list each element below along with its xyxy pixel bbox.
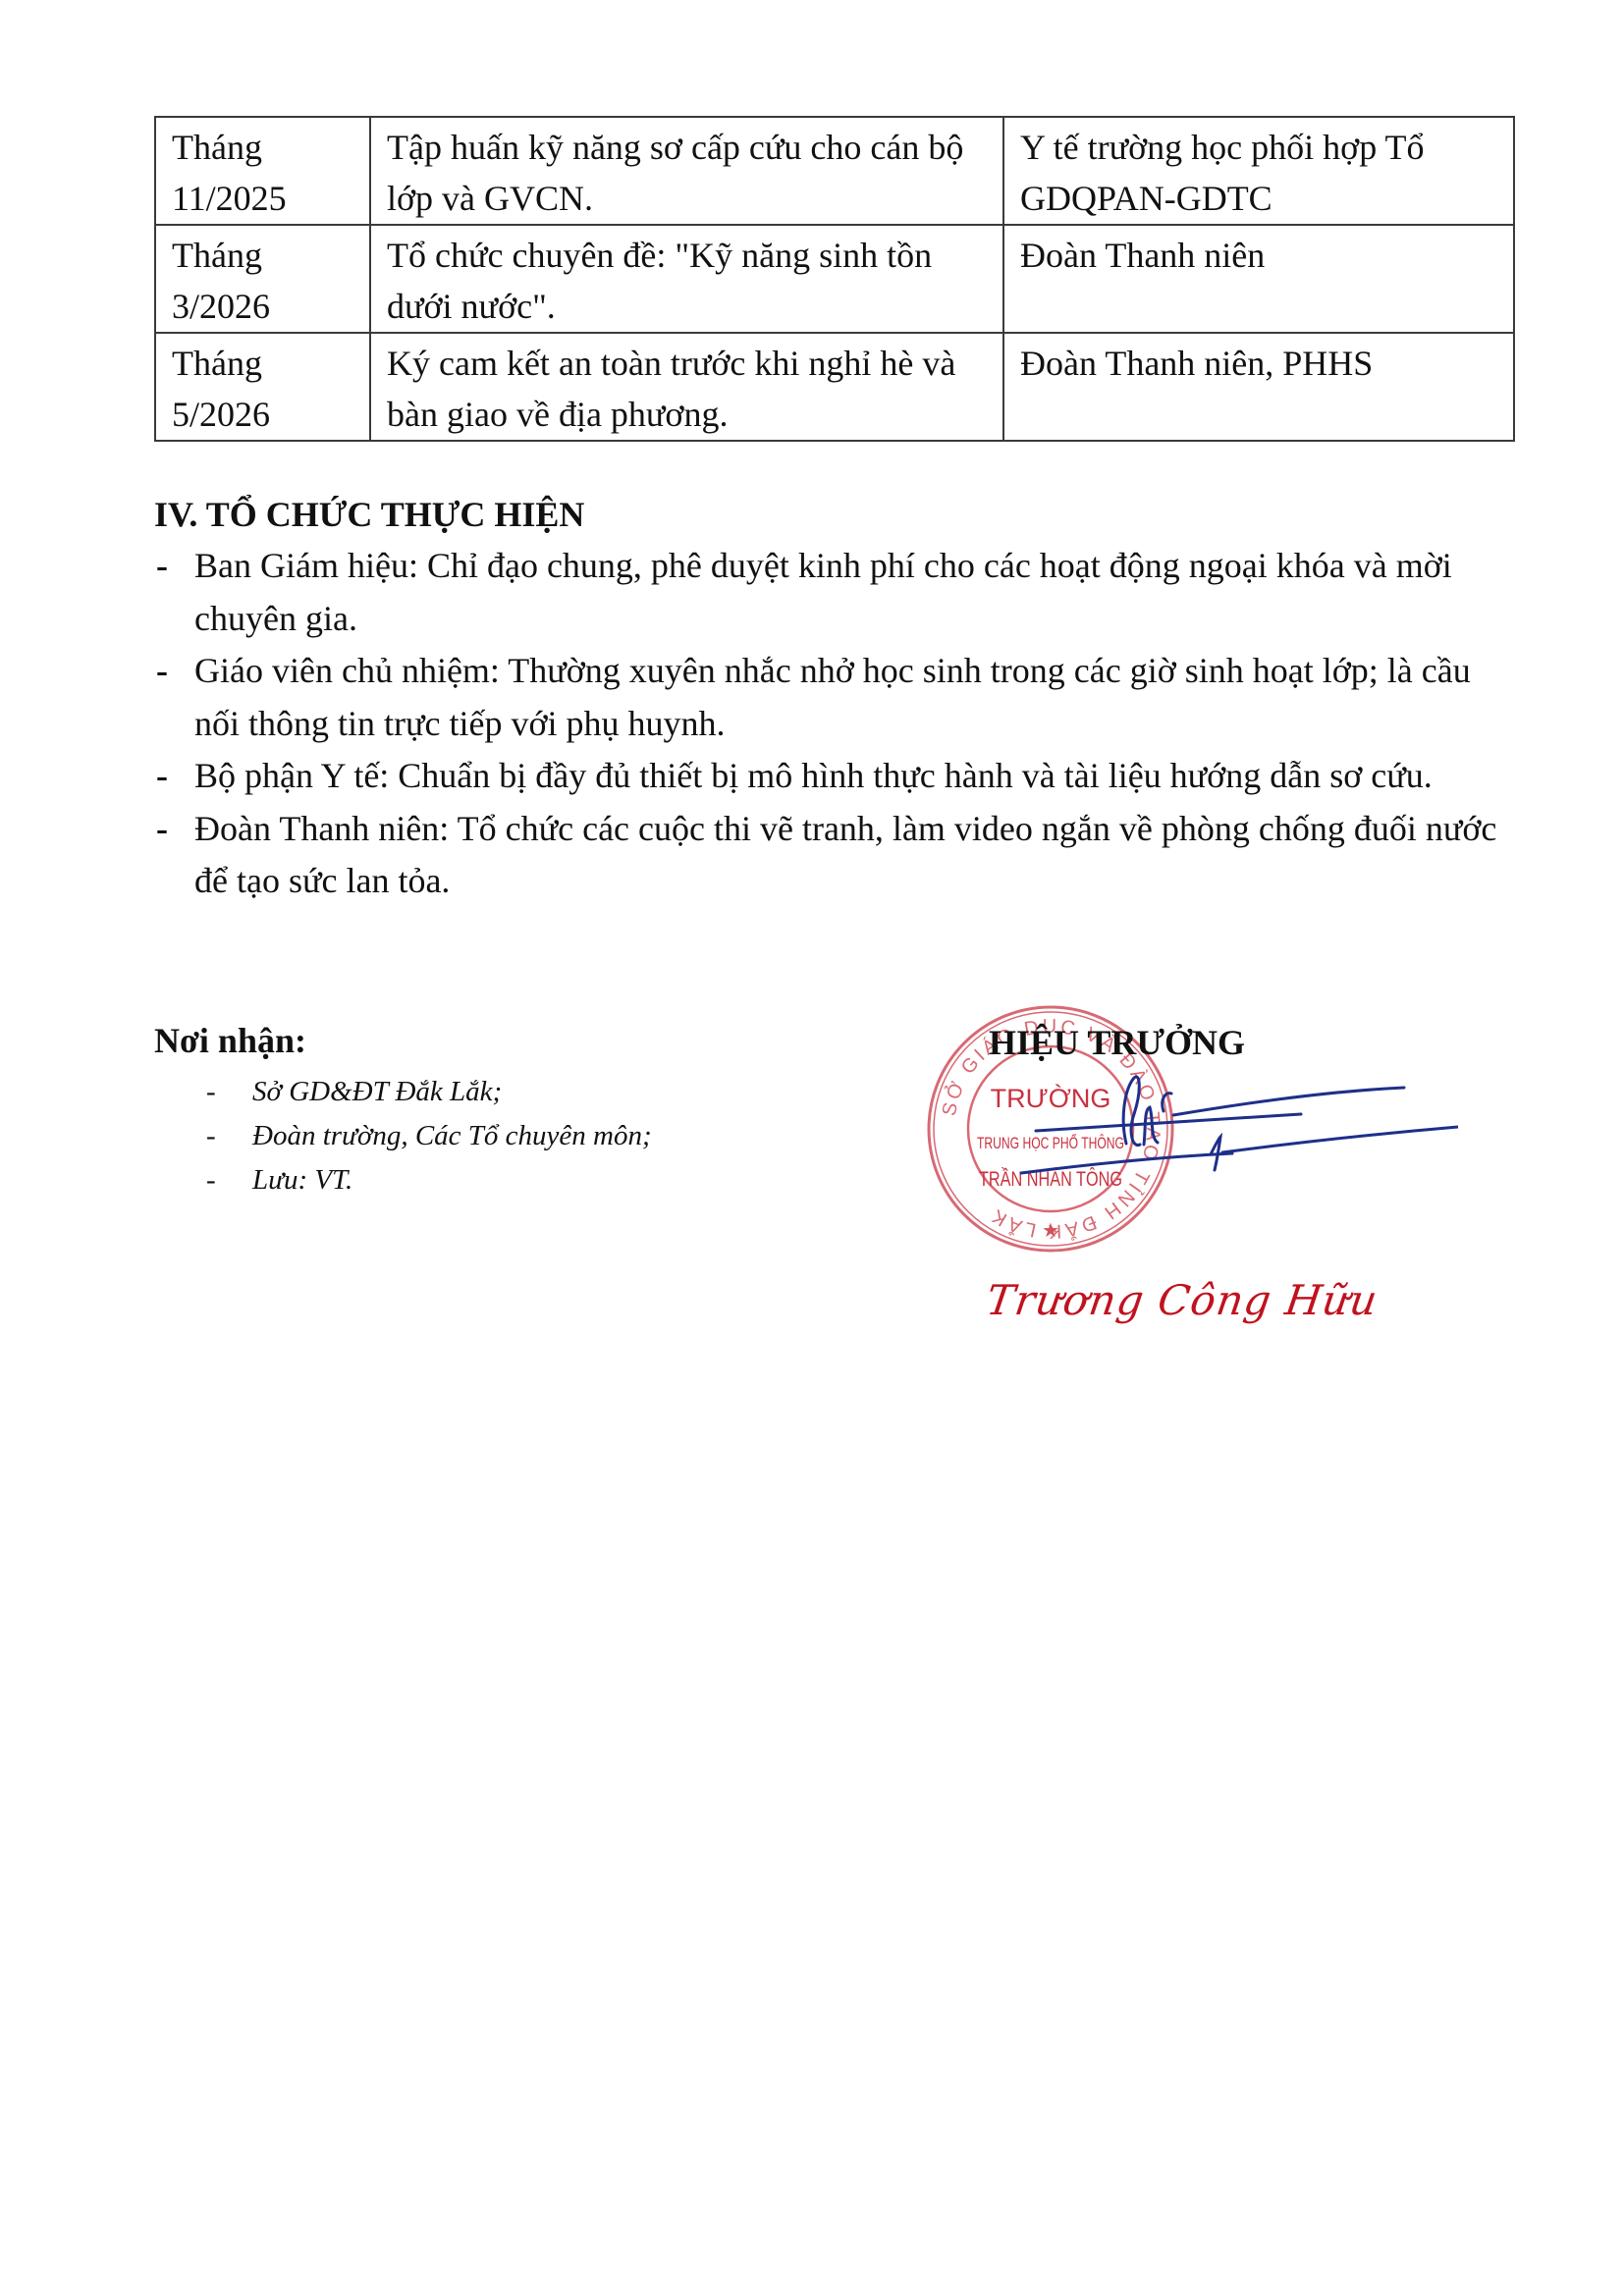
activity-cell: Tổ chức chuyên đề: "Kỹ năng sinh tồn dướ… (370, 225, 1003, 333)
time-month: Tháng (172, 122, 369, 173)
table-row: Tháng 11/2025 Tập huấn kỹ năng sơ cấp cứ… (155, 117, 1514, 225)
recipient-text: Sở GD&ĐT Đắk Lắk; (252, 1076, 502, 1107)
signer-title: HIỆU TRƯỞNG (989, 1021, 1245, 1064)
bullet-marker: - (156, 645, 168, 698)
responsible-cell: Y tế trường học phối hợp Tổ GDQPAN-GDTC (1003, 117, 1514, 225)
bullet-marker: - (156, 540, 168, 593)
recipient-marker: - (206, 1070, 216, 1114)
signer-name: Trương Công Hữu (984, 1276, 1381, 1324)
bullet-marker: - (156, 803, 168, 856)
handwritten-signature-icon (997, 1060, 1458, 1198)
table-row: Tháng 3/2026 Tổ chức chuyên đề: "Kỹ năng… (155, 225, 1514, 333)
time-date: 3/2026 (172, 281, 369, 332)
time-date: 11/2025 (172, 173, 369, 224)
recipients-title: Nơi nhận: (154, 1019, 306, 1062)
recipient-item: - Lưu: VT. (206, 1158, 652, 1202)
stamp-star-icon: ★ (1042, 1218, 1059, 1242)
list-item-text: Giáo viên chủ nhiệm: Thường xuyên nhắc n… (194, 651, 1471, 743)
list-item-text: Đoàn Thanh niên: Tổ chức các cuộc thi vẽ… (194, 809, 1496, 901)
time-month: Tháng (172, 230, 369, 281)
recipient-text: Lưu: VT. (252, 1164, 352, 1196)
implementation-list: - Ban Giám hiệu: Chỉ đạo chung, phê duyệ… (154, 540, 1519, 908)
table-row: Tháng 5/2026 Ký cam kết an toàn trước kh… (155, 333, 1514, 441)
list-item: - Ban Giám hiệu: Chỉ đạo chung, phê duyệ… (154, 540, 1519, 645)
recipients-list: - Sở GD&ĐT Đắk Lắk; - Đoàn trường, Các T… (206, 1070, 652, 1202)
responsible-cell: Đoàn Thanh niên (1003, 225, 1514, 333)
list-item: - Giáo viên chủ nhiệm: Thường xuyên nhắc… (154, 645, 1519, 750)
list-item: - Đoàn Thanh niên: Tổ chức các cuộc thi … (154, 803, 1519, 908)
time-date: 5/2026 (172, 389, 369, 440)
activity-cell: Tập huấn kỹ năng sơ cấp cứu cho cán bộ l… (370, 117, 1003, 225)
list-item: - Bộ phận Y tế: Chuẩn bị đầy đủ thiết bị… (154, 750, 1519, 803)
activity-table: Tháng 11/2025 Tập huấn kỹ năng sơ cấp cứ… (154, 116, 1515, 442)
time-cell: Tháng 3/2026 (155, 225, 370, 333)
time-cell: Tháng 5/2026 (155, 333, 370, 441)
list-item-text: Bộ phận Y tế: Chuẩn bị đầy đủ thiết bị m… (194, 756, 1433, 795)
recipient-item: - Đoàn trường, Các Tổ chuyên môn; (206, 1114, 652, 1158)
section-heading: IV. TỔ CHỨC THỰC HIỆN (154, 489, 584, 540)
time-cell: Tháng 11/2025 (155, 117, 370, 225)
time-month: Tháng (172, 338, 369, 389)
recipient-marker: - (206, 1114, 216, 1158)
responsible-cell: Đoàn Thanh niên, PHHS (1003, 333, 1514, 441)
recipient-text: Đoàn trường, Các Tổ chuyên môn; (252, 1120, 652, 1151)
recipient-marker: - (206, 1158, 216, 1202)
activity-cell: Ký cam kết an toàn trước khi nghỉ hè và … (370, 333, 1003, 441)
recipient-item: - Sở GD&ĐT Đắk Lắk; (206, 1070, 652, 1114)
list-item-text: Ban Giám hiệu: Chỉ đạo chung, phê duyệt … (194, 546, 1452, 638)
bullet-marker: - (156, 750, 168, 803)
